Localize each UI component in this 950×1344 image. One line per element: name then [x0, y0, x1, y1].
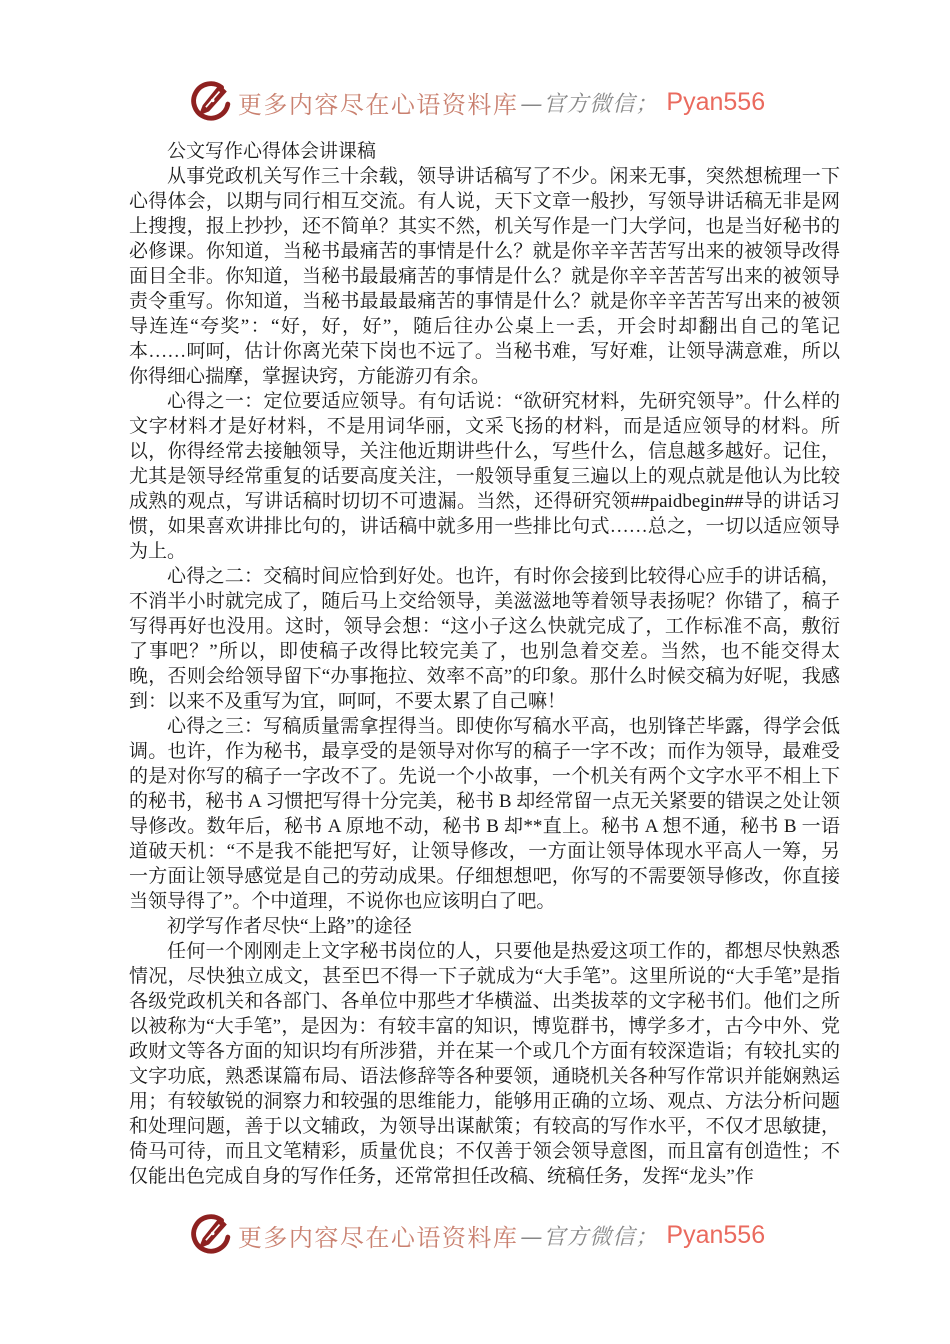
header-banner: 更多内容尽在心语资料库 —官方微信； Pyan556 — [0, 76, 950, 128]
banner-brand-text: 更多内容尽在心语资料库 — [238, 1218, 519, 1253]
ink-pen-logo-icon — [185, 1212, 231, 1258]
banner-wechat-id: Pyan556 — [666, 88, 765, 117]
banner-wechat-label: —官方微信； — [520, 87, 658, 118]
banner-wechat-label: —官方微信； — [520, 1220, 658, 1251]
banner-brand-text: 更多内容尽在心语资料库 — [238, 85, 519, 120]
paragraph-tip-two: 心得之二：交稿时间应恰到好处。也许，有时你会接到比较得心应手的讲话稿，不消半小时… — [129, 564, 840, 714]
footer-banner: 更多内容尽在心语资料库 —官方微信； Pyan556 — [0, 1209, 950, 1261]
document-page: 公文写作心得体会讲课稿 从事党政机关写作三十余载，领导讲话稿写了不少。闲来无事，… — [129, 139, 840, 1189]
banner-wechat-id: Pyan556 — [666, 1221, 765, 1250]
ink-pen-logo-icon — [185, 79, 231, 125]
paragraph-beginner-path: 任何一个刚刚走上文字秘书岗位的人，只要他是热爱这项工作的，都想尽快熟悉情况，尽快… — [129, 939, 840, 1189]
paragraph-tip-one: 心得之一：定位要适应领导。有句话说：“欲研究材料，先研究领导”。什么样的文字材料… — [129, 389, 840, 564]
document-subtitle: 初学写作者尽快“上路”的途径 — [129, 914, 840, 939]
document-title: 公文写作心得体会讲课稿 — [129, 139, 840, 164]
paragraph-tip-three: 心得之三：写稿质量需拿捏得当。即使你写稿水平高，也别锋芒毕露，得学会低调。也许，… — [129, 714, 840, 914]
paragraph-intro: 从事党政机关写作三十余载，领导讲话稿写了不少。闲来无事，突然想梳理一下心得体会，… — [129, 164, 840, 389]
